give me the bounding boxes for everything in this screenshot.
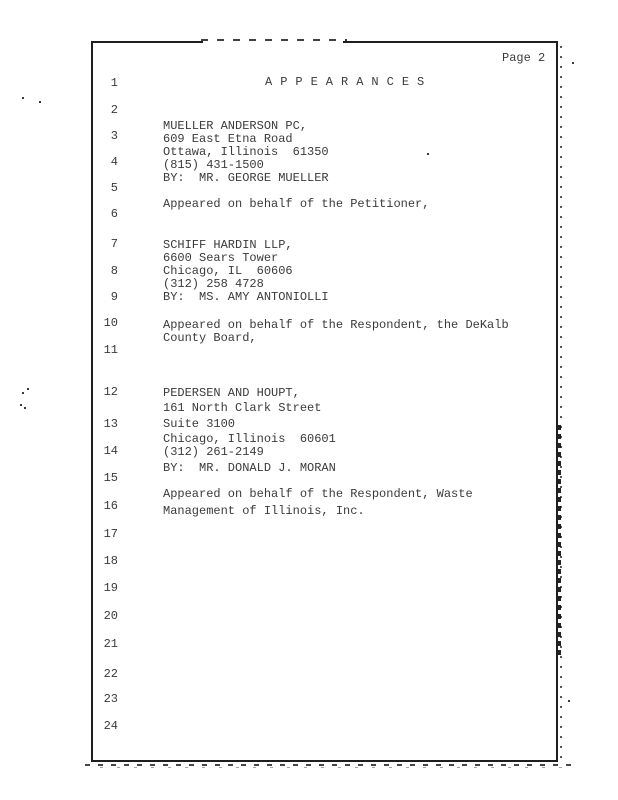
- transcript-line: (312) 261-2149: [163, 445, 264, 459]
- line-number: 1: [94, 76, 118, 90]
- line-number: 7: [94, 237, 118, 251]
- line-number: 19: [94, 581, 118, 595]
- line-number: 6: [94, 207, 118, 221]
- scan-noise-bottom-band: [85, 764, 577, 766]
- scanned-transcript-page: Page 2 A P P E A R A N C E S 12345678910…: [0, 0, 618, 800]
- scan-speck: [22, 97, 24, 99]
- scan-speck: [27, 388, 29, 390]
- scan-speck: [22, 392, 24, 394]
- transcript-line: 6600 Sears Tower: [163, 251, 278, 265]
- line-number: 9: [94, 290, 118, 304]
- line-number: 21: [94, 637, 118, 651]
- transcript-line: MUELLER ANDERSON PC,: [163, 119, 307, 133]
- line-number: 11: [94, 343, 118, 357]
- line-number: 18: [94, 554, 118, 568]
- page-number-label: Page 2: [502, 51, 545, 65]
- scan-speck: [427, 153, 429, 155]
- scan-noise-right-edge-heavy: [558, 425, 561, 657]
- line-number: 17: [94, 527, 118, 541]
- transcript-line: SCHIFF HARDIN LLP,: [163, 238, 293, 252]
- scan-noise-bottom-band-2: [100, 767, 570, 768]
- scan-speck: [39, 101, 41, 103]
- transcript-line: BY: MS. AMY ANTONIOLLI: [163, 290, 329, 304]
- transcript-line: BY: MR. DONALD J. MORAN: [163, 461, 336, 475]
- line-number: 8: [94, 264, 118, 278]
- transcript-line: (312) 258 4728: [163, 277, 264, 291]
- transcript-line: Suite 3100: [163, 417, 235, 431]
- line-number: 20: [94, 609, 118, 623]
- line-number: 13: [94, 417, 118, 431]
- transcript-line: Ottawa, Illinois 61350: [163, 145, 329, 159]
- transcript-line: BY: MR. GEORGE MUELLER: [163, 171, 329, 185]
- transcript-line: (815) 431-1500: [163, 158, 264, 172]
- scan-speck: [24, 407, 26, 409]
- transcript-line: PEDERSEN AND HOUPT,: [163, 386, 300, 400]
- line-number: 16: [94, 499, 118, 513]
- transcript-line: Appeared on behalf of the Respondent, th…: [163, 318, 509, 332]
- line-number: 5: [94, 181, 118, 195]
- line-number: 14: [94, 444, 118, 458]
- line-number: 12: [94, 385, 118, 399]
- line-number: 22: [94, 667, 118, 681]
- transcript-line: 609 East Etna Road: [163, 132, 293, 146]
- transcript-line: 161 North Clark Street: [163, 401, 321, 415]
- line-number: 3: [94, 129, 118, 143]
- transcript-line: Chicago, Illinois 60601: [163, 432, 336, 446]
- transcript-line: Chicago, IL 60606: [163, 264, 293, 278]
- transcript-line: Management of Illinois, Inc.: [163, 504, 365, 518]
- line-number: 2: [94, 103, 118, 117]
- line-number: 24: [94, 719, 118, 733]
- scan-speck: [572, 62, 574, 64]
- line-number: 10: [94, 316, 118, 330]
- transcript-line: Appeared on behalf of the Petitioner,: [163, 197, 429, 211]
- line-number: 23: [94, 692, 118, 706]
- scan-speck: [20, 404, 22, 406]
- scan-text-layer: Page 2 A P P E A R A N C E S 12345678910…: [0, 0, 618, 800]
- appearances-title: A P P E A R A N C E S: [265, 75, 425, 89]
- transcript-line: County Board,: [163, 331, 257, 345]
- line-number: 4: [94, 155, 118, 169]
- transcript-line: Appeared on behalf of the Respondent, Wa…: [163, 487, 473, 501]
- scan-speck: [568, 700, 570, 702]
- line-number: 15: [94, 471, 118, 485]
